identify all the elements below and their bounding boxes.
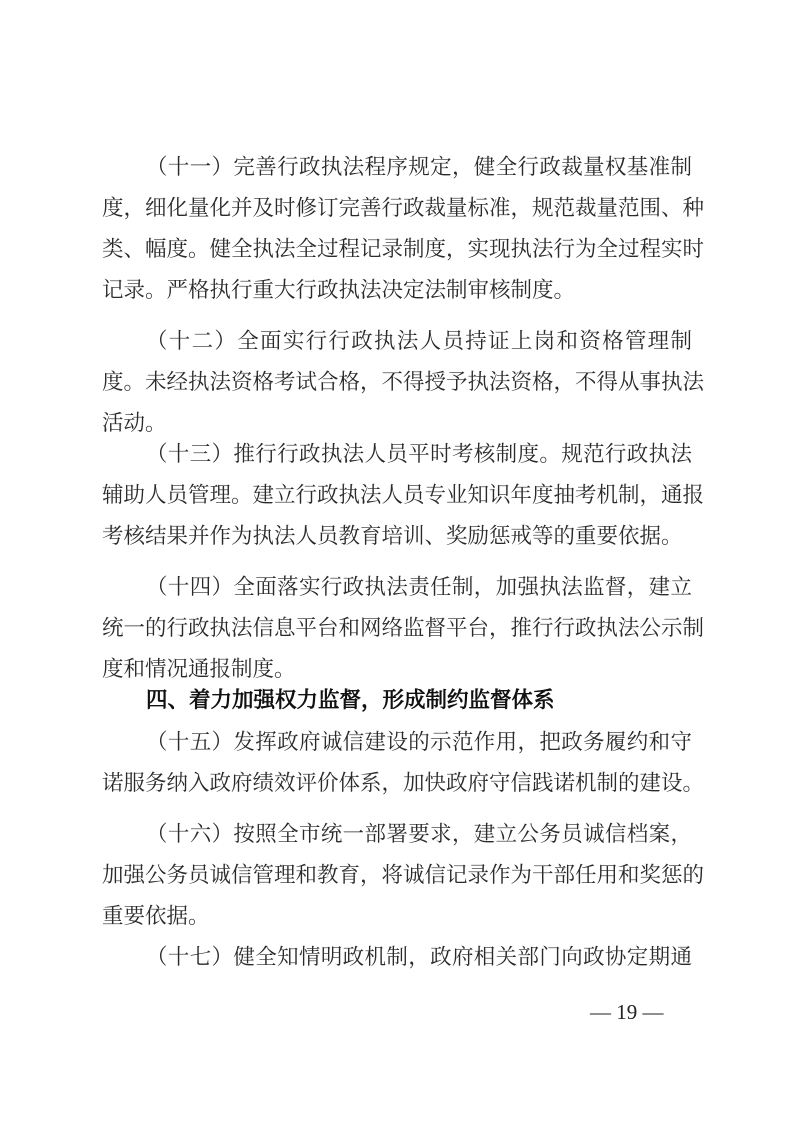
paragraph-13-line-2: 辅助人员管理。建立行政执法人员专业知识年度抽考机制，通报 [102, 481, 692, 511]
paragraph-16-line-3: 重要依据。 [102, 902, 692, 932]
paragraph-14-line-1: （十四）全面落实行政执法责任制，加强执法监督，建立 [146, 573, 692, 603]
paragraph-11-line-4: 记录。严格执行重大行政执法决定法制审核制度。 [102, 276, 692, 306]
paragraph-14-line-3: 度和情况通报制度。 [102, 655, 692, 685]
paragraph-12-line-1: （十二）全面实行行政执法人员持证上岗和资格管理制 [146, 327, 692, 357]
paragraph-11-line-1: （十一）完善行政执法程序规定，健全行政裁量权基准制 [146, 153, 692, 183]
paragraph-16-line-2: 加强公务员诚信管理和教育，将诚信记录作为干部任用和奖惩的 [102, 861, 692, 891]
document-page: （十一）完善行政执法程序规定，健全行政裁量权基准制 度，细化量化并及时修订完善行… [0, 0, 793, 1122]
section-heading-4: 四、着力加强权力监督，形成制约监督体系 [146, 686, 692, 716]
paragraph-11-line-3: 类、幅度。健全执法全过程记录制度，实现执法行为全过程实时 [102, 235, 692, 265]
paragraph-14-line-2: 统一的行政执法信息平台和网络监督平台，推行行政执法公示制 [102, 614, 692, 644]
paragraph-17-line-1: （十七）健全知情明政机制，政府相关部门向政协定期通 [146, 943, 692, 973]
paragraph-15-line-2: 诺服务纳入政府绩效评价体系，加快政府守信践诺机制的建设。 [102, 769, 692, 799]
paragraph-11-line-2: 度，细化量化并及时修订完善行政裁量标准，规范裁量范围、种 [102, 194, 692, 224]
paragraph-13-line-3: 考核结果并作为执法人员教育培训、奖励惩戒等的重要依据。 [102, 522, 692, 552]
paragraph-16-line-1: （十六）按照全市统一部署要求，建立公务员诚信档案， [146, 820, 692, 850]
paragraph-12-line-2: 度。未经执法资格考试合格，不得授予执法资格，不得从事执法 [102, 368, 692, 398]
paragraph-15-line-1: （十五）发挥政府诚信建设的示范作用，把政务履约和守 [146, 728, 692, 758]
paragraph-13-line-1: （十三）推行行政执法人员平时考核制度。规范行政执法 [146, 440, 692, 470]
paragraph-12-line-3: 活动。 [102, 409, 692, 439]
page-number: — 19 — [590, 1000, 664, 1025]
